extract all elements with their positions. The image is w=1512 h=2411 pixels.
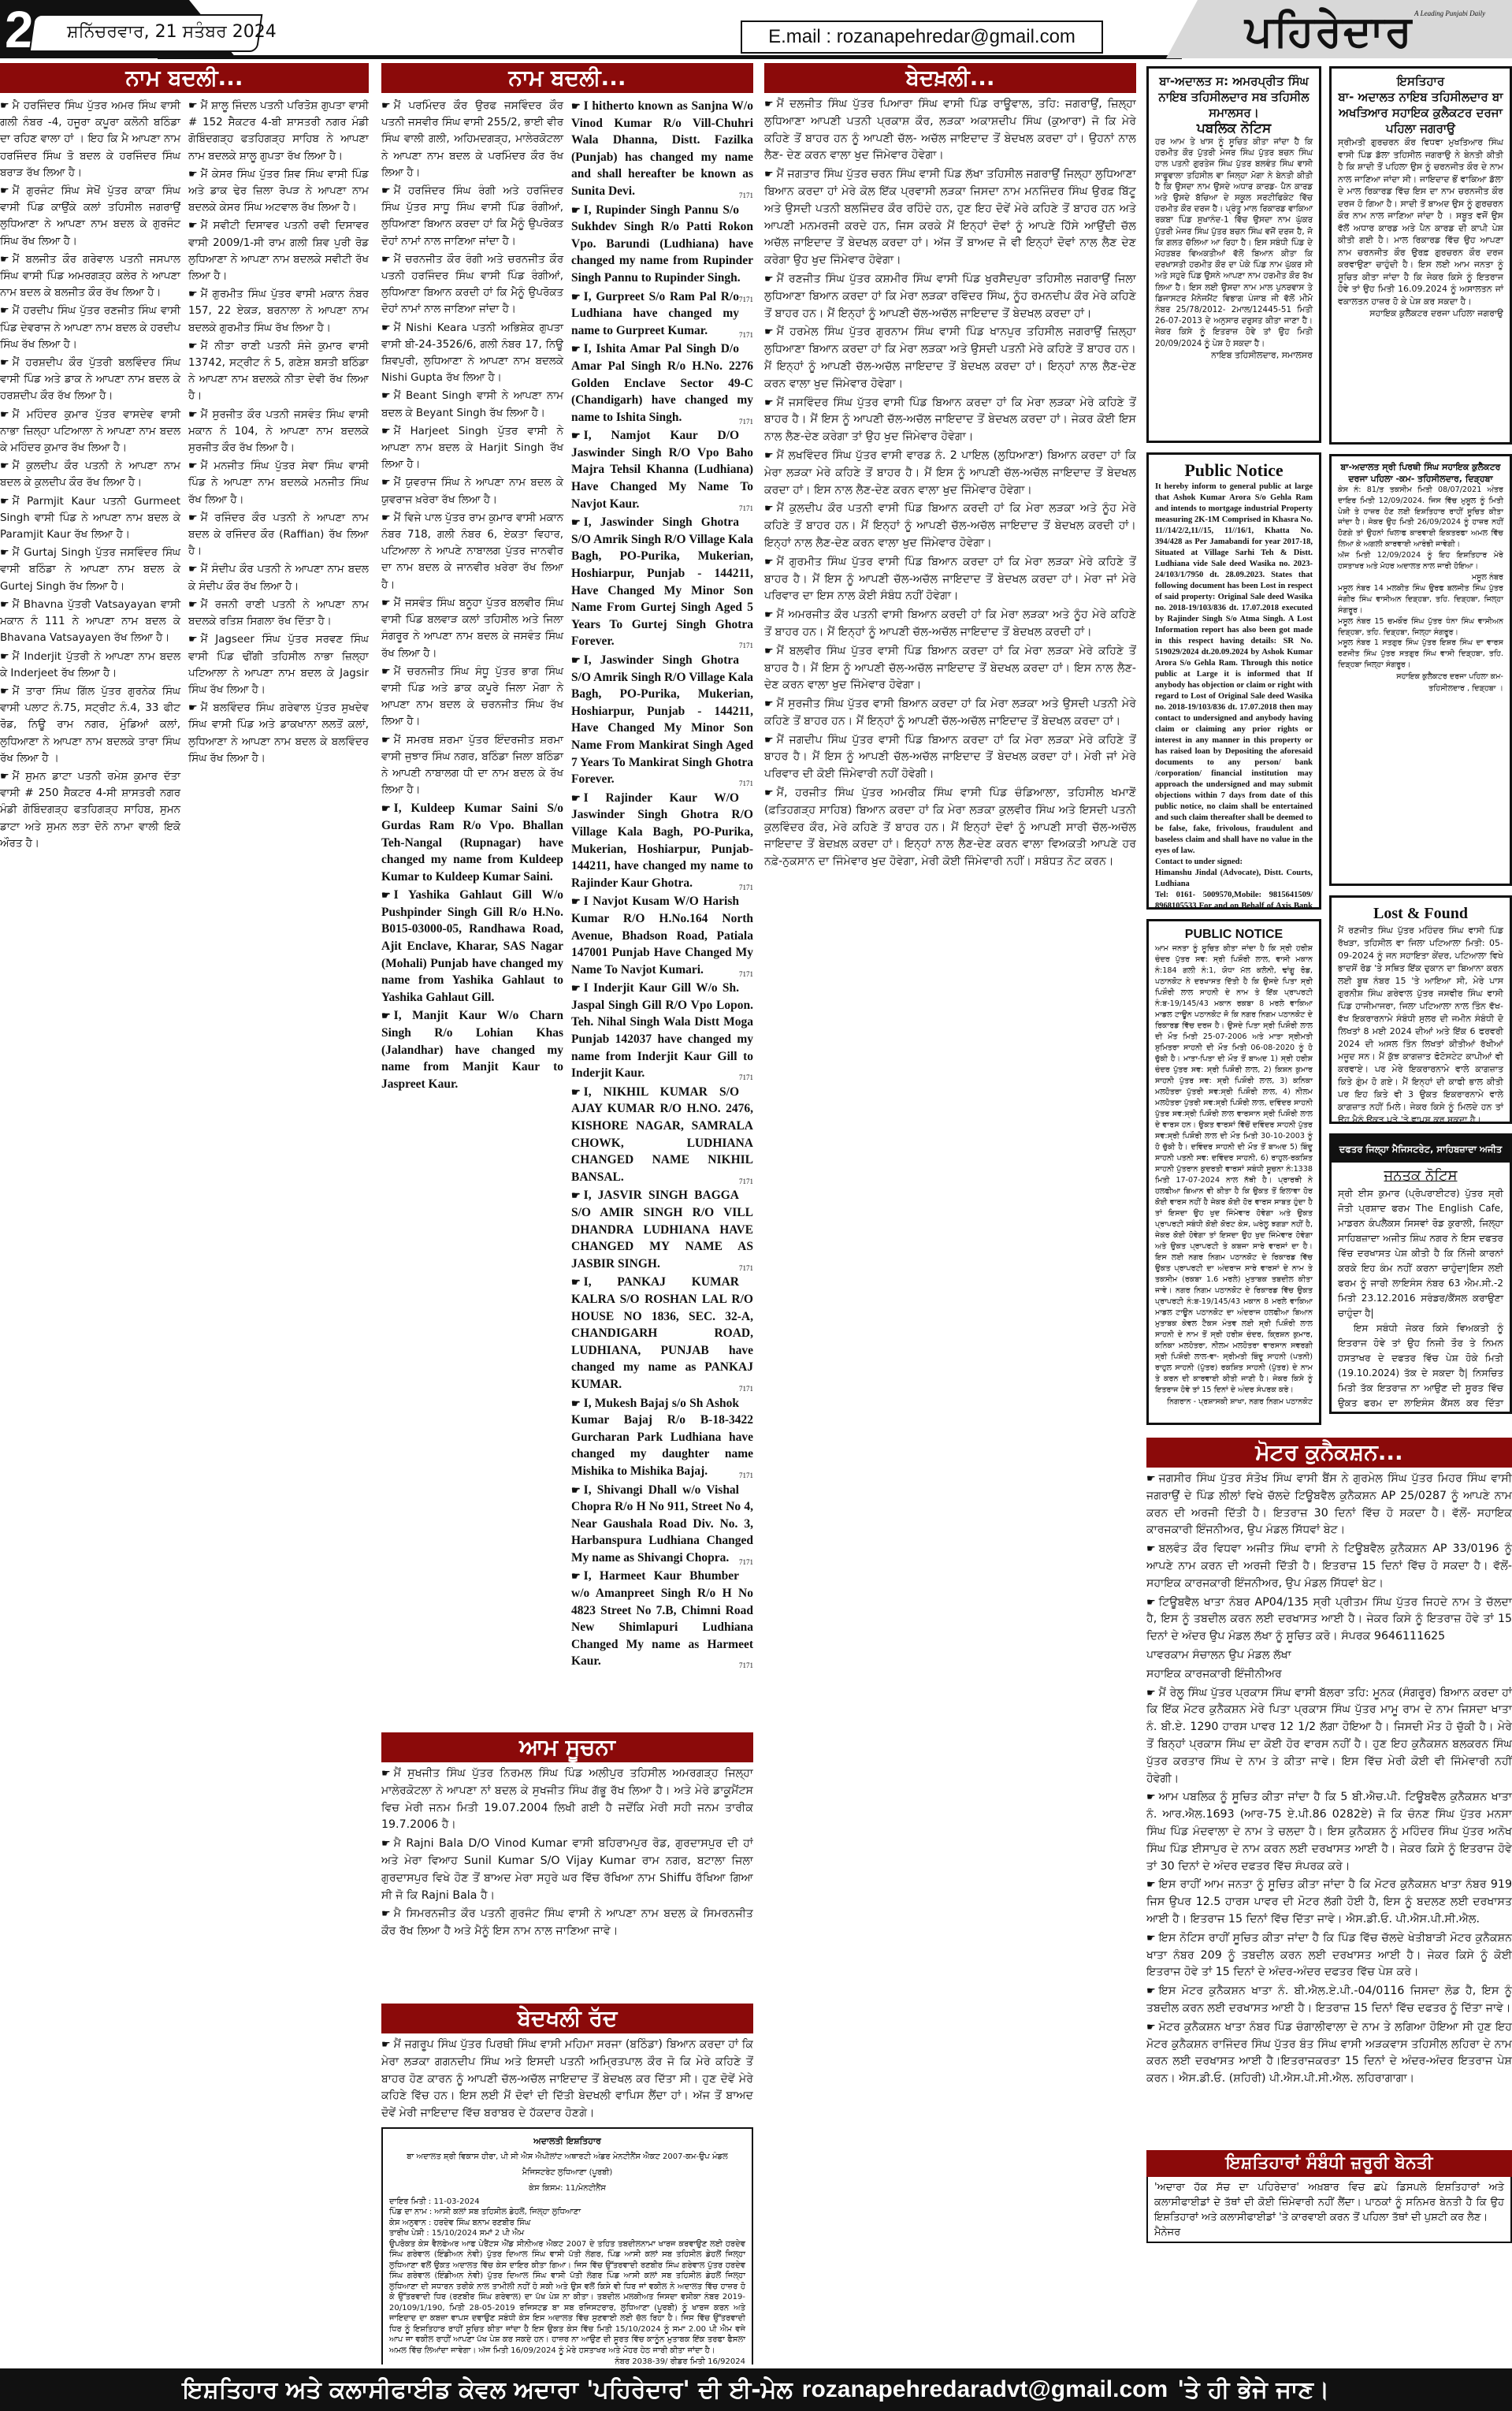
list-item: ☛ਮੈਂ ਕੁਲਦੀਪ ਕੌਰ ਪਤਨੀ ਨੇ ਆਪਣਾ ਨਾਮ ਬਦਲ ਕੇ … [0, 458, 180, 491]
list-item: ☛ਮੈ Rajni Bala D/O Vinod Kumar ਵਾਸੀ ਬਹਿਰ… [381, 1836, 753, 1904]
list-item: ☛I, JASVIR SINGH BAGGA S/O AMIR SINGH R/… [571, 1187, 753, 1272]
pointing-hand-icon: ☛ [188, 512, 198, 524]
pointing-hand-icon: ☛ [571, 1484, 581, 1496]
list-item: ☛I, Mukesh Bajaj s/o Sh Ashok Kumar Baja… [571, 1395, 753, 1480]
list-item: ☛I, Gurpreet S/o Ram Pal R/o Ludhiana ha… [571, 288, 753, 340]
list-item: ☛ਮੈਂ ਬਲਜੀਤ ਕੌਰ ਗਰੇਵਾਲ ਪਤਨੀ ਜਸਪਾਲ ਸਿੰਘ ਵਾ… [0, 251, 180, 302]
list-item: ☛I Rajinder Kaur W/O Jaswinder Singh Gho… [571, 790, 753, 892]
pointing-hand-icon: ☛ [381, 477, 391, 489]
name-change-section-2: ਨਾਮ ਬਦਲੀ... ☛ਮੈਂ ਪਰਮਿੰਦਰ ਕੌਰ ਉਰਫ ਜਸਵਿੰਦਰ… [381, 63, 753, 2364]
pointing-hand-icon: ☛ [188, 288, 198, 300]
list-item: ☛ਮੈਂ ਸੁਖਜੀਤ ਸਿੰਘ ਪੁੱਤਰ ਨਿਰਮਲ ਸਿੰਘ ਪਿੰਡ ਅ… [381, 1765, 753, 1834]
list-item: ☛ਮੈਂ ਸੁਰਜੀਤ ਕੌਰ ਪਤਨੀ ਜਸਵੰਤ ਸਿੰਘ ਵਾਸੀ ਮਕਾ… [188, 407, 369, 457]
pointing-hand-icon: ☛ [1146, 1473, 1156, 1485]
ad-code: 7171 [739, 500, 753, 518]
list-item: ☛ਮੈਂ Gurtaj Singh ਪੁੱਤਰ ਜਸਵਿੰਦਰ ਸਿੰਘ ਵਾਸ… [0, 545, 180, 595]
pointing-hand-icon: ☛ [571, 1189, 581, 1201]
pointing-hand-icon: ☛ [188, 634, 198, 646]
public-notice-pathankot: PUBLIC NOTICE ਆਮ ਜਨਤਾ ਨੂੰ ਸੂਚਿਤ ਕੀਤਾ ਜਾਂ… [1146, 919, 1321, 1425]
column-2b: ☛I hitherto known as Sanjna W/o Vinod Ku… [571, 98, 753, 1726]
pointing-hand-icon: ☛ [381, 512, 391, 524]
list-item: ☛ਮੈਂ Jagseer ਸਿੰਘ ਪੁੱਤਰ ਸਰਵਣ ਸਿੰਘ ਵਾਸੀ ਪ… [188, 631, 369, 698]
pointing-hand-icon: ☛ [381, 100, 391, 112]
pointing-hand-icon: ☛ [571, 982, 581, 994]
masthead: 2 ਸ਼ਨਿੱਚਰਵਾਰ, 21 ਸਤੰਬਰ 2024 E.mail : roz… [0, 0, 1512, 58]
ad-code: 7171 [739, 638, 753, 655]
pointing-hand-icon: ☛ [571, 100, 581, 112]
pointing-hand-icon: ☛ [381, 597, 391, 609]
pointing-hand-icon: ☛ [1146, 1933, 1156, 1944]
list-item: ☛ਮੈਂ ਸਮਰਥ ਸ਼ਰਮਾ ਪੁੱਤਰ ਇੰਦਰਜੀਤ ਸ਼ਰਮਾ ਵਾਸੀ… [381, 732, 563, 799]
list-item: ☛ਮੈਂ ਮਨਜੀਤ ਸਿੰਘ ਪੁੱਤਰ ਸੇਵਾ ਸਿੰਘ ਵਾਸੀ ਪਿੰ… [188, 458, 369, 508]
list-item: ☛I, Shivangi Dhall w/o Vishal Chopra R/o… [571, 1482, 753, 1567]
ad-code: 7171 [739, 966, 753, 984]
list-item: ☛ਮੈਂ ਨੀਤਾ ਰਾਣੀ ਪਤਨੀ ਸੰਜੇ ਕੁਮਾਰ ਵਾਸੀ 1374… [188, 338, 369, 405]
column-2a: ☛ਮੈਂ ਪਰਮਿੰਦਰ ਕੌਰ ਉਰਫ ਜਸਵਿੰਦਰ ਕੌਰ ਪਤਨੀ ਜਸ… [381, 98, 563, 1726]
list-item: ☛I Navjot Kusam W/O Harish Kumar R/O H.N… [571, 893, 753, 978]
list-item: ☛ਜਗਸੀਰ ਸਿੰਘ ਪੁੱਤਰ ਸੰਤੋਖ ਸਿੰਘ ਵਾਸੀ ਬੈਂਸ ਨ… [1146, 1471, 1512, 1539]
footer-banner: ਇਸ਼ਤਿਹਾਰ ਅਤੇ ਕਲਾਸੀਫਾਈਡ ਕੇਵਲ ਅਦਾਰਾ 'ਪਹਿਰੇ… [0, 2368, 1512, 2411]
pointing-hand-icon: ☛ [381, 889, 391, 901]
list-item: ☛ਮੈਂ ਦਲਜੀਤ ਸਿੰਘ ਪੁੱਤਰ ਪਿਆਰਾ ਸਿੰਘ ਵਾਸੀ ਪਿ… [764, 96, 1136, 165]
pointing-hand-icon: ☛ [764, 609, 774, 621]
list-item: ☛ਮੈਂ, ਹਰਜੀਤ ਸਿੰਘ ਪੁੱਤਰ ਅਮਰੀਕ ਸਿੰਘ ਵਾਸੀ ਪ… [764, 785, 1136, 871]
column-1b: ☛ਮੈਂ ਸ਼ਾਲੂ ਜਿੰਦਲ ਪਤਨੀ ਪਰਿਤੋਸ਼ ਗੁਪਤਾ ਵਾਸੀ… [188, 98, 369, 854]
ad-code: 7171 [739, 1260, 753, 1278]
list-item: ☛ਮੈਂ ਗੁਰਜੰਟ ਸਿੰਘ ਸੇਖੋਂ ਪੁੱਤਰ ਕਾਕਾ ਸਿੰਘ ਵ… [0, 183, 180, 250]
ad-code: 7171 [739, 414, 753, 431]
list-item: ☛ਮੈਂ ਸੁਮਨ ਡਾਟਾ ਪਤਨੀ ਰਮੇਸ਼ ਕੁਮਾਰ ਦੱਤਾ ਵਾਸ… [0, 768, 180, 852]
list-item: ☛I, NIKHIL KUMAR S/O AJAY KUMAR R/O H.NO… [571, 1084, 753, 1186]
issue-date: ਸ਼ਨਿੱਚਰਵਾਰ, 21 ਸਤੰਬਰ 2024 [67, 22, 277, 42]
list-item: ☛ਮੈਂ ਸਵੀਟੀ ਦਿਸਾਵਰ ਪਤਨੀ ਰਵੀ ਦਿਸਾਵਰ ਵਾਸੀ 2… [188, 218, 369, 285]
section-banner: ਇਸ਼ਤਿਹਾਰਾਂ ਸੰਬੰਧੀ ਜ਼ਰੂਰੀ ਬੇਨਤੀ [1146, 2150, 1512, 2177]
list-item: ☛I, Namjot Kaur D/O Jaswinder Singh R/O … [571, 427, 753, 512]
pointing-hand-icon: ☛ [571, 204, 581, 216]
ad-code: 7171 [739, 1554, 753, 1572]
public-notice-english: Public Notice It hereby inform to genera… [1146, 452, 1321, 910]
list-item: ☛I, Jaswinder Singh Ghotra S/O Amrik Sin… [571, 652, 753, 788]
tagline: A Leading Punjabi Daily [1414, 9, 1485, 17]
list-item: ☛ਮੈਂ ਹਰਮੇਲ ਸਿੰਘ ਪੁੱਤਰ ਗੁਰਨਾਮ ਸਿੰਘ ਵਾਸੀ ਪ… [764, 324, 1136, 393]
ad-code: 7171 [739, 188, 753, 205]
list-item: ☛ਮੈਂ ਸੁਰਜੀਤ ਸਿੰਘ ਪੁੱਤਰ ਵਾਸੀ ਬਿਆਨ ਕਰਦਾ ਹਾ… [764, 696, 1136, 731]
list-item: ☛ਮੈ ਸਿਮਰਨਜੀਤ ਕੌਰ ਪਤਨੀ ਗੁਰਜੰਟ ਸਿੰਘ ਵਾਸੀ ਨ… [381, 1906, 753, 1940]
pointing-hand-icon: ☛ [381, 390, 391, 402]
pointing-hand-icon: ☛ [1146, 1597, 1156, 1609]
pointing-hand-icon: ☛ [0, 100, 9, 112]
ad-code: 7171 [739, 327, 753, 344]
pointing-hand-icon: ☛ [381, 322, 391, 334]
pointing-hand-icon: ☛ [764, 273, 774, 285]
signature-line: ਪਾਵਰਕਾਮ ਸੰਚਾਲਨ ਉਪ ਮੰਡਲ ਲੱਖਾ [1146, 1647, 1512, 1665]
list-item: ☛ਟਿਊਬਵੈਲ ਖਾਤਾ ਨੰਬਰ AP04/135 ਸ੍ਰੀ ਪ੍ਰੀਤਮ … [1146, 1594, 1512, 1646]
pointing-hand-icon: ☛ [188, 702, 198, 714]
section-banner: ਨਾਮ ਬਦਲੀ... [381, 63, 753, 93]
pointing-hand-icon: ☛ [764, 646, 774, 657]
pointing-hand-icon: ☛ [571, 1397, 581, 1409]
pointing-hand-icon: ☛ [571, 895, 581, 907]
pointing-hand-icon: ☛ [1146, 1792, 1156, 1803]
list-item: ☛ਮੈਂ ਮਹਿੰਦਰ ਕੁਮਾਰ ਪੁੱਤਰ ਵਾਸਦੇਵ ਵਾਸੀ ਨਾਭਾ… [0, 407, 180, 457]
list-item: ☛ਮੈਂ ਜਸਵਿੰਦਰ ਸਿੰਘ ਪੁੱਤਰ ਵਾਸੀ ਪਿੰਡ ਬਿਆਨ ਕ… [764, 395, 1136, 446]
ad-code: 7171 [739, 1468, 753, 1485]
list-item: ☛ਮੈਂ ਹਰਦੀਪ ਸਿੰਘ ਪੁੱਤਰ ਰਣਜੀਤ ਸਿੰਘ ਵਾਸੀ ਪਿ… [0, 303, 180, 353]
pointing-hand-icon: ☛ [764, 698, 774, 710]
list-item: ☛ਮੈਂ Parmjit Kaur ਪਤਨੀ Gurmeet Singh ਵਾਸ… [0, 493, 180, 544]
section-banner: ਬੇਦਖਲੀ ਰੱਦ [381, 2004, 753, 2033]
list-item: ☛ਮੈਂ ਚਰਨਜੀਤ ਸਿੰਘ ਸੰਧੂ ਪੁੱਤਰ ਭਾਗ ਸਿੰਘ ਵਾਸ… [381, 664, 563, 731]
list-item: ☛ਮੈਂ ਸੰਦੀਪ ਕੌਰ ਪਤਨੀ ਨੇ ਆਪਣਾ ਨਾਮ ਬਦਲ ਕੇ ਸ… [188, 561, 369, 594]
list-item: ☛I, Ishita Amar Pal Singh D/o Amar Pal S… [571, 340, 753, 426]
section-banner: ਬੇਦਖ਼ਲੀ... [764, 63, 1136, 93]
pointing-hand-icon: ☛ [1146, 1985, 1156, 1997]
pointing-hand-icon: ☛ [188, 409, 198, 421]
pointing-hand-icon: ☛ [0, 460, 9, 472]
list-item: ☛I, Jaswinder Singh Ghotra S/O Amrik Sin… [571, 514, 753, 650]
ads-request-box: 'ਅਦਾਰਾ ਹੱਕ ਸੱਚ ਦਾ ਪਹਿਰੇਦਾਰ' ਅਖ਼ਬਾਰ ਵਿਚ ਛ… [1146, 2177, 1512, 2243]
list-item: ☛I, Manjit Kaur W/o Charn Singh R/o Lohi… [381, 1007, 563, 1092]
pointing-hand-icon: ☛ [571, 1086, 581, 1098]
list-item: ☛ਮੈਂ ਜਸਵੰਤ ਸਿੰਘ ਬਨੂਹਾ ਪੁੱਤਰ ਬਲਵੀਰ ਸਿੰਘ ਵ… [381, 595, 563, 662]
ad-code: 7171 [739, 880, 753, 897]
pointing-hand-icon: ☛ [188, 220, 198, 232]
list-item: ☛ਮੈਂ ਸ਼ਾਲੂ ਜਿੰਦਲ ਪਤਨੀ ਪਰਿਤੋਸ਼ ਗੁਪਤਾ ਵਾਸੀ… [188, 98, 369, 165]
list-item: ☛I, PANKAJ KUMAR KALRA S/O ROSHAN LAL R/… [571, 1274, 753, 1393]
lost-and-found: Lost & Found ਮੈਂ ਰਣਜੀਤ ਸਿੰਘ ਪੁੱਤਰ ਮਹਿੰਦਰ… [1329, 895, 1512, 1124]
list-item: ☛ਮੈਂ ਪਰਮਿੰਦਰ ਕੌਰ ਉਰਫ ਜਸਵਿੰਦਰ ਕੌਰ ਪਤਨੀ ਜਸ… [381, 98, 563, 181]
list-item: ☛ਮੈਂ ਹਰਜਿੰਦਰ ਸਿੰਘ ਰੰਗੀ ਅਤੇ ਹਰਜਿੰਦਰ ਸਿੰਘ … [381, 183, 563, 250]
footer-text: ਇਸ਼ਤਿਹਾਰ ਅਤੇ ਕਲਾਸੀਫਾਈਡ ਕੇਵਲ ਅਦਾਰਾ 'ਪਹਿਰੇ… [183, 2376, 793, 2404]
list-item: ☛I, Harmeet Kaur Bhumber w/o Amanpreet S… [571, 1568, 753, 1670]
pointing-hand-icon: ☛ [381, 666, 391, 678]
section-banner: ਮੋਟਰ ਕੁਨੈਕਸ਼ਨ... [1146, 1438, 1512, 1468]
pointing-hand-icon: ☛ [571, 792, 581, 804]
list-item: ☛ਮੈਂ ਜਗਦੀਪ ਸਿੰਘ ਪੁੱਤਰ ਵਾਸੀ ਪਿੰਡ ਬਿਆਨ ਕਰਦ… [764, 732, 1136, 783]
pointing-hand-icon: ☛ [381, 735, 391, 746]
pointing-hand-icon: ☛ [0, 409, 9, 421]
list-item: ☛I, Rupinder Singh Pannu S/o Sukhdev Sin… [571, 202, 753, 287]
pointing-hand-icon: ☛ [571, 291, 581, 303]
ad-code: 7171 [739, 1658, 753, 1675]
eviction-list: ☛ਮੈਂ ਦਲਜੀਤ ਸਿੰਘ ਪੁੱਤਰ ਪਿਆਰਾ ਸਿੰਘ ਵਾਸੀ ਪਿ… [764, 93, 1136, 871]
pointing-hand-icon: ☛ [764, 556, 774, 568]
list-item: ☛ਮੈਂ Harjeet Singh ਪੁੱਤਰ ਵਾਸੀ ਨੇ ਆਪਣਾ ਨਾ… [381, 423, 563, 474]
motor-connection-list: ☛ਜਗਸੀਰ ਸਿੰਘ ਪੁੱਤਰ ਸੰਤੋਖ ਸਿੰਘ ਵਾਸੀ ਬੈਂਸ ਨ… [1146, 1468, 1512, 2145]
pointing-hand-icon: ☛ [764, 169, 774, 180]
pointing-hand-icon: ☛ [0, 771, 9, 783]
pointing-hand-icon: ☛ [381, 426, 391, 437]
list-item: ☛ਮੈਂ ਚਰਨਜੀਤ ਕੌਰ ਰੰਗੀ ਅਤੇ ਚਰਨਜੀਤ ਕੌਰ ਪਤਨੀ… [381, 251, 563, 318]
pointing-hand-icon: ☛ [571, 1276, 581, 1288]
section-banner: ਨਾਮ ਬਦਲੀ... [0, 63, 369, 93]
pointing-hand-icon: ☛ [0, 254, 9, 266]
pointing-hand-icon: ☛ [188, 100, 198, 112]
notice-jagraon: ਇਸਤਿਹਾਰ ਬਾ- ਅਦਾਲਤ ਨਾਇਬ ਤਹਿਸੀਲਦਾਰ ਬਾ ਅਖਤਿ… [1329, 66, 1512, 445]
pointing-hand-icon: ☛ [0, 185, 9, 197]
court-notice: ਅਦਾਲਤੀ ਇਸ਼ਤਿਹਾਰ ਬਾ ਅਦਾਲਤ ਸ਼੍ਰੀ ਵਿਕਾਸ ਹੀਰ… [381, 2127, 753, 2364]
public-info-list: ☛ਮੈਂ ਸੁਖਜੀਤ ਸਿੰਘ ਪੁੱਤਰ ਨਿਰਮਲ ਸਿੰਘ ਪਿੰਡ ਅ… [381, 1762, 753, 1999]
name-change-section-1: ਨਾਮ ਬਦਲੀ... ☛ਮੈ ਹਰਜਿੰਦਰ ਸਿੰਘ ਪੁੱਤਰ ਅਮਰ ਸ… [0, 63, 369, 2364]
pointing-hand-icon: ☛ [188, 564, 198, 575]
pointing-hand-icon: ☛ [764, 787, 774, 799]
ad-code: 7171 [739, 292, 753, 309]
signature-line: ਸਹਾਇਕ ਕਾਰਜਕਾਰੀ ਇੰਜੀਨੀਅਰ [1146, 1666, 1512, 1684]
footer-text-end: 'ਤੇ ਹੀ ਭੇਜੇ ਜਾਣ। [1177, 2376, 1329, 2404]
ad-code: 7171 [739, 776, 753, 793]
list-item: ☛ਮੈਂ ਤਾਰਾ ਸਿੰਘ ਗਿੱਲ ਪੁੱਤਰ ਗੁਰਨੇਕ ਸਿੰਘ ਵਾ… [0, 683, 180, 767]
pointing-hand-icon: ☛ [571, 516, 581, 528]
pointing-hand-icon: ☛ [0, 651, 9, 663]
dm-notice: ਦਫਤਰ ਜਿਲ੍ਹਾ ਮੈਜਿਸਟਰੇਟ, ਸਾਹਿਬਜ਼ਾਦਾ ਅਜੀਤ ਸ… [1329, 1133, 1512, 1414]
list-item: ☛ਮੈਂ ਕੁਲਦੀਪ ਕੌਰ ਪਤਨੀ ਵਾਸੀ ਪਿੰਡ ਬਿਆਨ ਕਰਦੀ… [764, 500, 1136, 552]
pointing-hand-icon: ☛ [764, 326, 774, 338]
list-item: ☛ਇਸ ਮੋਟਰ ਕੁਨੈਕਸ਼ਨ ਖਾਤਾ ਨੰ. ਬੀ.ਐਲ.ਏ.ਪੀ.-0… [1146, 1983, 1512, 2018]
pointing-hand-icon: ☛ [571, 1570, 581, 1582]
pointing-hand-icon: ☛ [381, 185, 391, 197]
newspaper-logo: ਪਹਿਰੇਦਾਰ [1245, 6, 1414, 57]
pointing-hand-icon: ☛ [571, 343, 581, 355]
list-item: ☛ਮੈਂ ਰਜਿੰਦਰ ਕੌਰ ਪਤਨੀ ਨੇ ਆਪਣਾ ਨਾਮ ਬਦਲ ਕੇ … [188, 510, 369, 560]
pointing-hand-icon: ☛ [764, 450, 774, 462]
pointing-hand-icon: ☛ [0, 496, 9, 508]
list-item: ☛ਮੈ ਹਰਜਿੰਦਰ ਸਿੰਘ ਪੁੱਤਰ ਅਮਰ ਸਿੰਘ ਵਾਸੀ ਗਲੀ… [0, 98, 180, 181]
eviction-section: ਬੇਦਖ਼ਲੀ... ☛ਮੈਂ ਦਲਜੀਤ ਸਿੰਘ ਪੁੱਤਰ ਪਿਆਰਾ ਸ… [764, 63, 1136, 2364]
list-item: ☛ਮੈਂ Bhavna ਪੁੱਤਰੀ Vatsayayan ਵਾਸੀ ਮਕਾਨ … [0, 597, 180, 647]
pointing-hand-icon: ☛ [188, 460, 198, 472]
pointing-hand-icon: ☛ [764, 735, 774, 746]
column-1a: ☛ਮੈ ਹਰਜਿੰਦਰ ਸਿੰਘ ਪੁੱਤਰ ਅਮਰ ਸਿੰਘ ਵਾਸੀ ਗਲੀ… [0, 98, 180, 854]
pointing-hand-icon: ☛ [0, 686, 9, 698]
pointing-hand-icon: ☛ [0, 305, 9, 317]
pointing-hand-icon: ☛ [381, 254, 391, 266]
ad-code: 7171 [739, 1070, 753, 1087]
pointing-hand-icon: ☛ [0, 547, 9, 559]
list-item: ☛ਮੋਟਰ ਕੁਨੈਕਸ਼ਨ ਖਾਤਾ ਨੰਬਰ ਪਿੰਡ ਚੰਗਾਲੀਵਾਲਾ… [1146, 2019, 1512, 2088]
notice-samalsar: ਬਾ-ਅਦਾਲਤ ਸ: ਅਮਰਪ੍ਰੀਤ ਸਿੰਘ ਨਾਇਬ ਤਹਿਸੀਲਦਾਰ… [1146, 66, 1321, 443]
pointing-hand-icon: ☛ [1146, 1879, 1156, 1891]
pointing-hand-icon: ☛ [188, 169, 198, 180]
pointing-hand-icon: ☛ [1146, 1687, 1156, 1699]
pointing-hand-icon: ☛ [381, 2039, 391, 2051]
list-item: ☛ਮੈਂ ਰਣਜੀਤ ਸਿੰਘ ਪੁੱਤਰ ਕਸ਼ਮੀਰ ਸਿੰਘ ਵਾਸੀ ਪ… [764, 271, 1136, 322]
pointing-hand-icon: ☛ [1146, 2022, 1156, 2033]
pointing-hand-icon: ☛ [0, 357, 9, 369]
section-banner: ਆਮ ਸੂਚਨਾ [381, 1732, 753, 1762]
list-item: ☛ਮੈਂ Beant Singh ਵਾਸੀ ਨੇ ਆਪਣਾ ਨਾਮ ਬਦਲ ਕੇ… [381, 388, 563, 421]
list-item: ☛ਮੈਂ ਵਿਜੇ ਪਾਲ ਪੁੱਤਰ ਰਾਮ ਕੁਮਾਰ ਵਾਸੀ ਮਕਾਨ … [381, 510, 563, 593]
notices-column: ਬਾ-ਅਦਾਲਤ ਸ: ਅਮਰਪ੍ਰੀਤ ਸਿੰਘ ਨਾਇਬ ਤਹਿਸੀਲਦਾਰ… [1146, 66, 1512, 2368]
masthead-email[interactable]: E.mail : rozanapehredar@gmail.com [741, 20, 1103, 54]
list-item: ☛ਮੈਂ ਬਲਵਿੰਦਰ ਸਿੰਘ ਗਰੇਵਾਲ ਪੁੱਤਰ ਸੁਖਦੇਵ ਸਿ… [188, 700, 369, 767]
list-item: ☛I, Kuldeep Kumar Saini S/o Gurdas Ram R… [381, 800, 563, 885]
pointing-hand-icon: ☛ [188, 340, 198, 352]
list-item: ☛ਮੈਂ ਰੇਲੂ ਸਿੰਘ ਪੁੱਤਰ ਪ੍ਰਕਾਸ ਸਿੰਘ ਵਾਸੀ ਬੱ… [1146, 1685, 1512, 1788]
list-item: ☛ਇਸ ਨੋਟਿਸ ਰਾਹੀਂ ਸੂਚਿਤ ਕੀਤਾ ਜਾਂਦਾ ਹੈ ਕਿ ਪ… [1146, 1930, 1512, 1981]
pointing-hand-icon: ☛ [571, 654, 581, 666]
list-item: ☛ਮੈਂ Nishi Keara ਪਤਨੀ ਅਭਿਸ਼ੇਕ ਗੁਪਤਾ ਵਾਸੀ… [381, 320, 563, 387]
list-item: ☛I Yashika Gahlaut Gill W/o Pushpinder S… [381, 887, 563, 1006]
pointing-hand-icon: ☛ [571, 430, 581, 441]
pointing-hand-icon: ☛ [764, 99, 774, 110]
list-item: ☛ਮੈਂ ਲਖਵਿੰਦਰ ਸਿੰਘ ਪੁੱਤਰ ਵਾਸੀ ਵਾਰਡ ਨੰ. 2 … [764, 448, 1136, 499]
list-item: ☛ਮੈਂ ਅਮਰਜੀਤ ਕੌਰ ਪਤਨੀ ਵਾਸੀ ਬਿਆਨ ਕਰਦੀ ਹਾਂ … [764, 607, 1136, 642]
pointing-hand-icon: ☛ [381, 1768, 391, 1780]
masthead-rule [158, 55, 1182, 59]
pointing-hand-icon: ☛ [381, 802, 391, 814]
list-item: ☛ਮੈਂ ਜਗਤਾਰ ਸਿੰਘ ਪੁੱਤਰ ਚਰਨ ਸਿੰਘ ਵਾਸੀ ਪਿੰਡ… [764, 166, 1136, 270]
list-item: ☛I hitherto known as Sanjna W/o Vinod Ku… [571, 98, 753, 200]
list-item: ☛ਮੈਂ ਗੁਰਮੀਤ ਸਿੰਘ ਪੁੱਤਰ ਵਾਸੀ ਮਕਾਨ ਨੰਬਰ 15… [188, 286, 369, 337]
list-item: ☛ਮੈਂ ਕੇਸਰ ਸਿੰਘ ਪੁੱਤਰ ਸ਼ਿਵ ਸਿੰਘ ਵਾਸੀ ਪਿੰਡ… [188, 166, 369, 217]
list-item: ☛I Inderjit Kaur Gill W/o Sh. Jaspal Sin… [571, 980, 753, 1082]
list-item: ☛ਆਮ ਪਬਲਿਕ ਨੂੰ ਸੂਚਿਤ ਕੀਤਾ ਜਾਂਦਾ ਹੈ ਕਿ 5 ਬ… [1146, 1789, 1512, 1875]
list-item: ☛ਮੈਂ ਬਲਵੀਰ ਸਿੰਘ ਪੁੱਤਰ ਵਾਸੀ ਪਿੰਡ ਬਿਆਨ ਕਰਦ… [764, 643, 1136, 694]
ad-code: 7171 [739, 1381, 753, 1398]
pointing-hand-icon: ☛ [0, 599, 9, 611]
pointing-hand-icon: ☛ [764, 397, 774, 409]
list-item: ☛ਮੈਂ ਹਰਸ਼ਦੀਪ ਕੌਰ ਪੁੱਤਰੀ ਬਲਵਿੰਦਰ ਸਿੰਘ ਵਾਸ… [0, 355, 180, 405]
ad-code: 7171 [739, 1174, 753, 1191]
pointing-hand-icon: ☛ [1146, 1543, 1156, 1555]
list-item: ☛ਮੈਂ Inderjit ਪੁੱਤਰੀ ਨੇ ਆਪਣਾ ਨਾਮ ਬਦਲ ਕੇ … [0, 649, 180, 682]
pointing-hand-icon: ☛ [188, 599, 198, 611]
list-item: ☛ਮੈਂ ਯੁਵਰਾਜ ਸਿੰਘ ਨੇ ਆਪਣਾ ਨਾਮ ਬਦਲ ਕੇ ਯੁਵਰ… [381, 474, 563, 508]
list-item: ☛ਮੈਂ ਜਗਰੂਪ ਸਿੰਘ ਪੁੱਤਰ ਪਿਰਥੀ ਸਿੰਘ ਵਾਸੀ ਮਹ… [381, 2033, 753, 2123]
pointing-hand-icon: ☛ [764, 503, 774, 515]
notice-dirba: ਬਾ-ਅਦਾਲਤ ਸ੍ਰੀ ਪਿਰਥੀ ਸਿੰਘ ਸਹਾਇਕ ਕੁਲੈਕਟਰ ਦ… [1329, 454, 1512, 886]
pointing-hand-icon: ☛ [381, 1838, 391, 1850]
list-item: ☛ਮੈਂ ਰਜਨੀ ਰਾਣੀ ਪਤਨੀ ਨੇ ਆਪਣਾ ਨਾਮ ਬਦਲਕੇ ਰਤ… [188, 597, 369, 630]
list-item: ☛ਇਸ ਰਾਹੀਂ ਆਮ ਜਨਤਾ ਨੂੰ ਸੂਚਿਤ ਕੀਤਾ ਜਾਂਦਾ ਹ… [1146, 1877, 1512, 1928]
footer-email[interactable]: rozanapehredaradvt@gmail.com [802, 2376, 1168, 2403]
pointing-hand-icon: ☛ [381, 1908, 391, 1920]
pointing-hand-icon: ☛ [381, 1010, 391, 1021]
list-item: ☛ਮੈਂ ਗੁਰਮੀਤ ਸਿੰਘ ਪੁੱਤਰ ਵਾਸੀ ਪਿੰਡ ਬਿਆਨ ਕਰ… [764, 554, 1136, 605]
list-item: ☛ਬਲਵੰਤ ਕੌਰ ਵਿਧਵਾ ਅਜੀਤ ਸਿੰਘ ਵਾਸੀ ਨੇ ਟਿਊਬਵ… [1146, 1541, 1512, 1592]
